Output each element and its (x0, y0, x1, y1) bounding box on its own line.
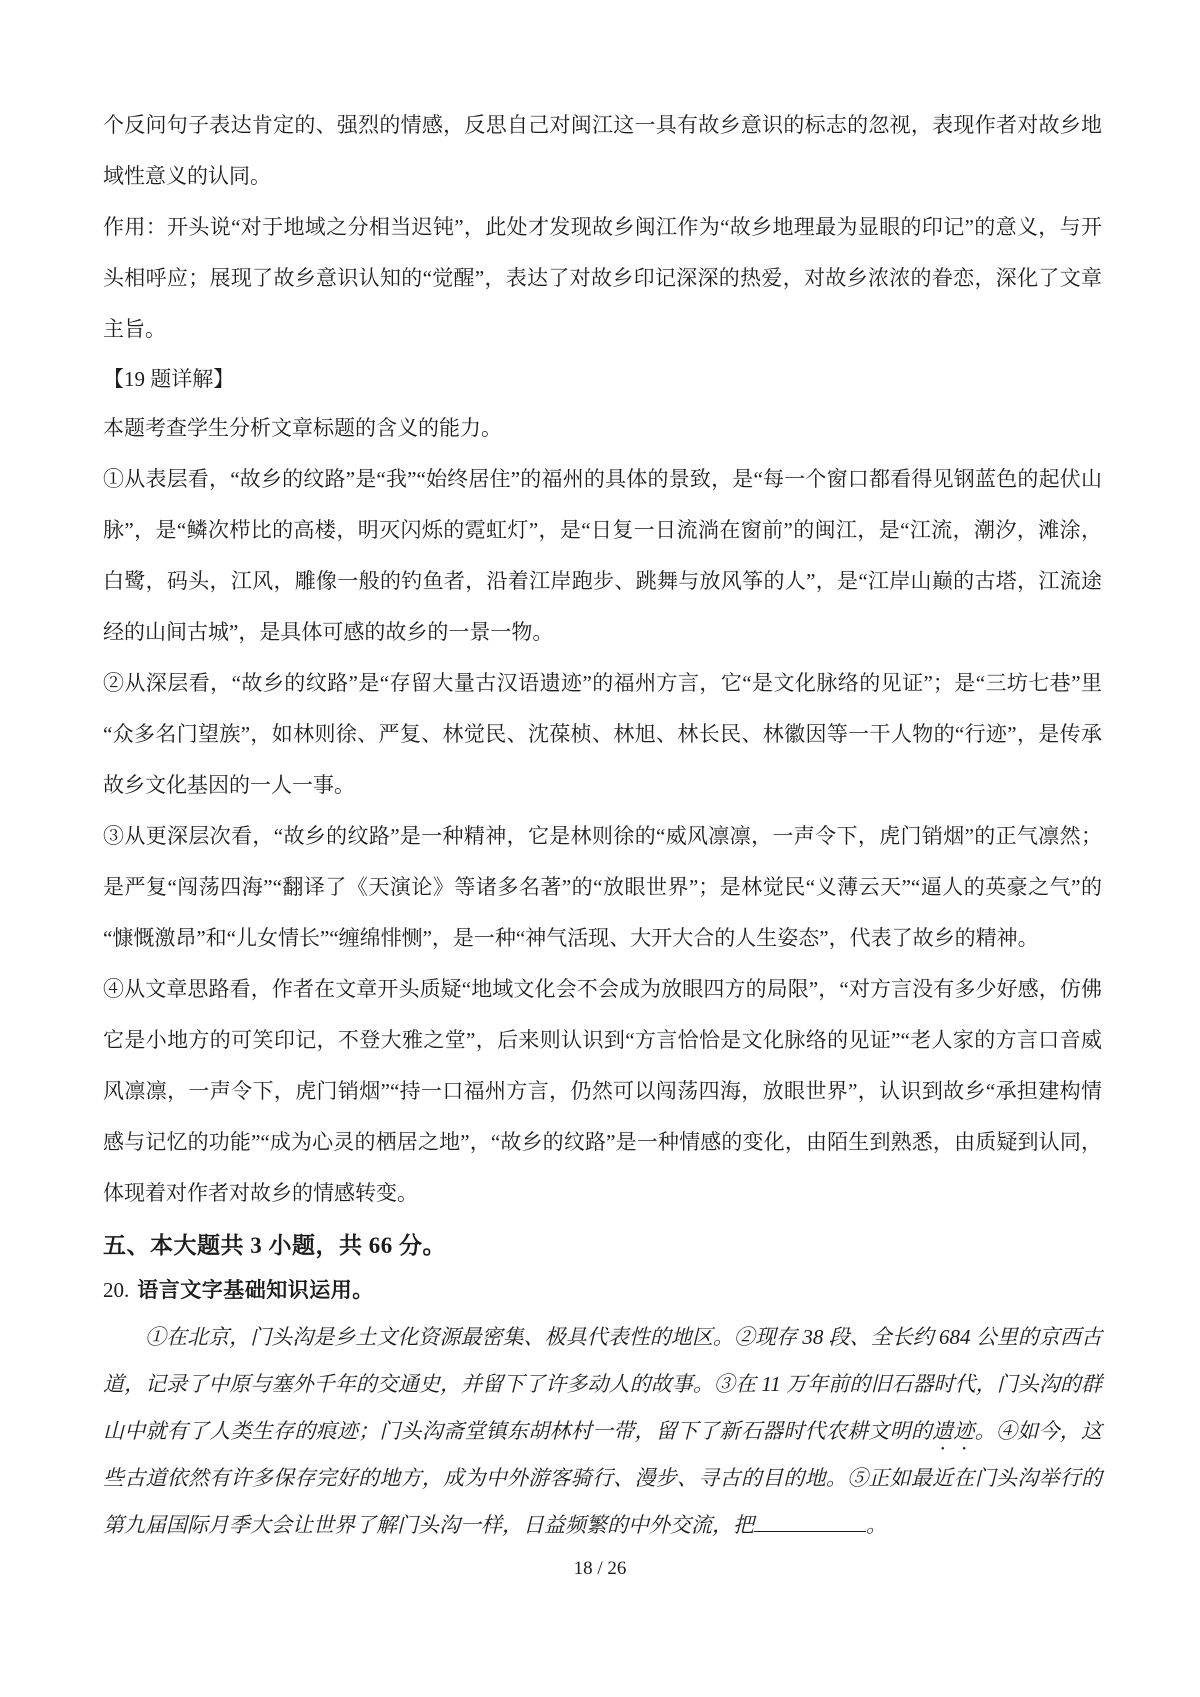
page-footer: 18 / 26 (0, 1556, 1200, 1582)
page-number: 18 / 26 (574, 1558, 627, 1579)
document-body: 个反问句子表达肯定的、强烈的情感，反思自己对闽江这一具有故乡意识的标志的忽视，表… (103, 100, 1102, 1549)
question-20-line: 20.语言文字基础知识运用。 (103, 1269, 1102, 1312)
question-20-title: 语言文字基础知识运用。 (137, 1279, 374, 1302)
passage-emphasized-term: 遗迹 (932, 1419, 975, 1443)
answer-paragraph-function: 作用：开头说“对于地域之分相当迟钝”，此处才发现故乡闽江作为“故乡地理最为显眼的… (103, 202, 1102, 355)
answer-paragraph-ability: 本题考查学生分析文章标题的含义的能力。 (103, 403, 1102, 454)
answer-paragraph-continuation: 个反问句子表达肯定的、强烈的情感，反思自己对闽江这一具有故乡意识的标志的忽视，表… (103, 100, 1102, 202)
detail-19-heading: 【19 题详解】 (103, 355, 1102, 403)
document-page: 个反问句子表达肯定的、强烈的情感，反思自己对闽江这一具有故乡意识的标志的忽视，表… (0, 0, 1200, 1697)
section-5-heading: 五、本大题共 3 小题，共 66 分。 (103, 1223, 1102, 1269)
fill-in-blank (754, 1511, 866, 1532)
answer-paragraph-point2: ②从深层看，“故乡的纹路”是“存留大量古汉语遗迹”的福州方言，它“是文化脉络的见… (103, 658, 1102, 811)
answer-paragraph-point1: ①从表层看，“故乡的纹路”是“我”“始终居住”的福州的具体的景致，是“每一个窗口… (103, 454, 1102, 658)
passage-period: 。 (866, 1513, 887, 1537)
answer-paragraph-point4: ④从文章思路看，作者在文章开头质疑“地域文化会不会成为放眼四方的局限”，“对方言… (103, 964, 1102, 1219)
answer-paragraph-point3: ③从更深层次看，“故乡的纹路”是一种精神，它是林则徐的“威风凛凛，一声令下，虎门… (103, 811, 1102, 964)
passage-paragraph: ①在北京，门头沟是乡土文化资源最密集、极具代表性的地区。②现存 38 段、全长约… (103, 1314, 1102, 1549)
question-20-number: 20. (103, 1278, 129, 1302)
